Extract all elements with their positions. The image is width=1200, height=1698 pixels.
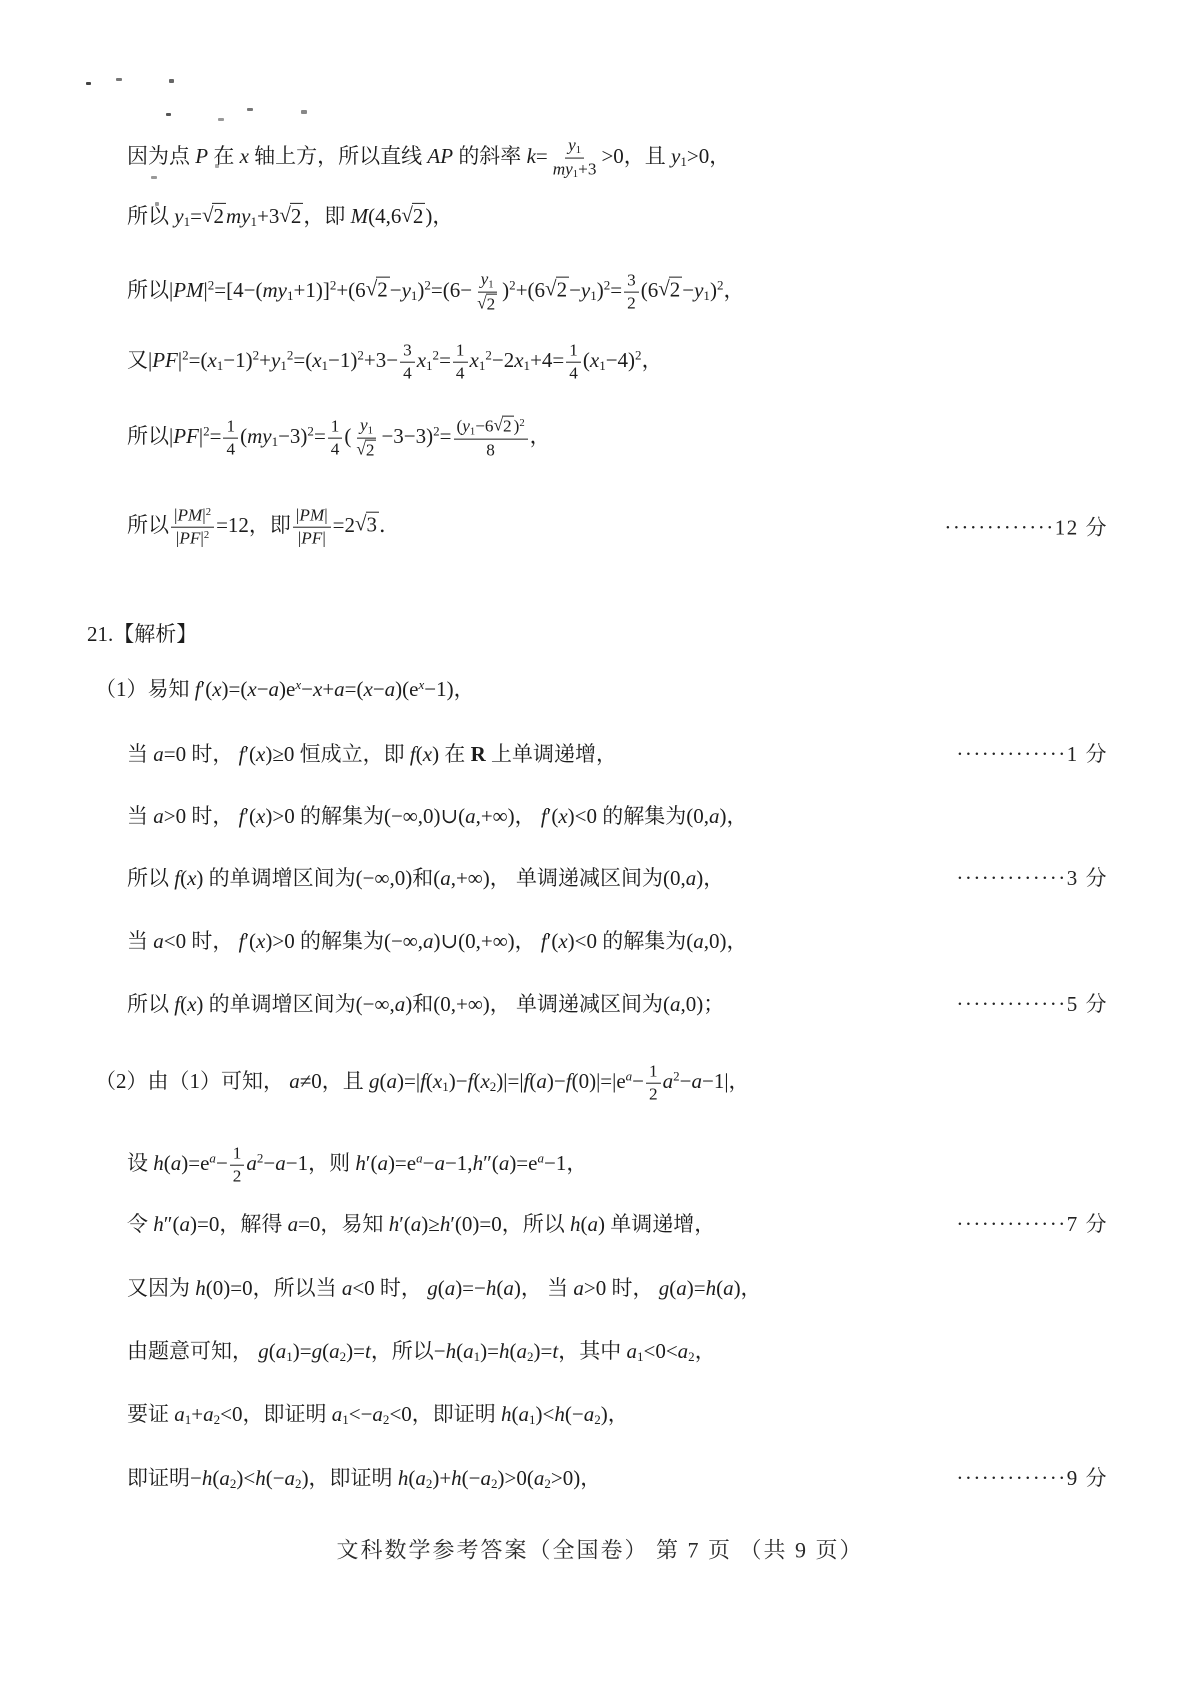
math-line: 所以|PF|2=14(my1−3)2=14(y1√2−3−3)2=(y1−6√2… xyxy=(127,416,1108,461)
math-content: 所以|PM|2|PF|2=12，即|PM||PF|=2√3． xyxy=(127,506,400,549)
math-line: 由题意可知， g(a1)=g(a2)=t，所以−h(a1)=h(a2)=t，其中… xyxy=(127,1335,1108,1365)
math-line: （2）由（1）可知， a≠0，且 g(a)=|f(x1)−f(x2)|=|f(a… xyxy=(95,1062,1108,1105)
math-line: 设 h(a)=ea−12a2−a−1，则 h′(a)=ea−a−1,h″(a)=… xyxy=(127,1144,1108,1187)
score-mark: ·············9 分 xyxy=(956,1462,1108,1492)
math-content: （1）易知 f′(x)=(x−a)ex−x+a=(x−a)(ex−1)， xyxy=(95,673,475,703)
math-content: 又因为 h(0)=0，所以当 a<0 时， g(a)=−h(a)， 当 a>0 … xyxy=(127,1272,762,1302)
math-content: 21.【解析】 xyxy=(87,618,197,648)
math-content: 由题意可知， g(a1)=g(a2)=t，所以−h(a1)=h(a2)=t，其中… xyxy=(127,1335,716,1365)
math-content: 即证明−h(a2)<h(−a2)，即证明 h(a2)+h(−a2)>0(a2>0… xyxy=(127,1462,601,1492)
scan-artifact xyxy=(218,118,224,121)
math-content: 又|PF|2=(x1−1)2+y12=(x1−1)2+3−34x12=14x12… xyxy=(127,341,663,384)
math-line: 又因为 h(0)=0，所以当 a<0 时， g(a)=−h(a)， 当 a>0 … xyxy=(127,1272,1108,1302)
score-mark: ·············1 分 xyxy=(956,738,1108,768)
scan-artifact xyxy=(86,82,91,85)
scan-artifact xyxy=(247,108,253,111)
math-line: 当 a=0 时， f′(x)≥0 恒成立，即 f(x) 在 R 上单调递增，··… xyxy=(127,738,1108,768)
score-mark: ·············12 分 xyxy=(944,512,1108,542)
problem-21-heading: 21.【解析】 xyxy=(87,618,1108,648)
math-content: 当 a<0 时， f′(x)>0 的解集为(−∞,a)∪(0,+∞)， f′(x… xyxy=(127,925,748,955)
math-line: 所以 f(x) 的单调增区间为(−∞,a)和(0,+∞)， 单调递减区间为(a,… xyxy=(127,988,1108,1018)
math-line: 所以|PM|2=[4−(my1+1)]2+(6√2−y1)2=(6−y1√2)2… xyxy=(127,270,1108,315)
math-line: 当 a>0 时， f′(x)>0 的解集为(−∞,0)∪(a,+∞)， f′(x… xyxy=(127,800,1108,830)
math-line: 要证 a1+a2<0，即证明 a1<−a2<0，即证明 h(a1)<h(−a2)… xyxy=(127,1398,1108,1428)
math-content: 令 h″(a)=0，解得 a=0，易知 h′(a)≥h′(0)=0，所以 h(a… xyxy=(127,1208,715,1238)
math-content: 所以 f(x) 的单调增区间为(−∞,a)和(0,+∞)， 单调递减区间为(a,… xyxy=(127,988,724,1018)
math-content: 设 h(a)=ea−12a2−a−1，则 h′(a)=ea−a−1,h″(a)=… xyxy=(127,1144,587,1187)
math-line: 所以 f(x) 的单调增区间为(−∞,0)和(a,+∞)， 单调递减区间为(0,… xyxy=(127,862,1108,892)
math-content: 所以|PM|2=[4−(my1+1)]2+(6√2−y1)2=(6−y1√2)2… xyxy=(127,270,744,315)
math-content: 当 a=0 时， f′(x)≥0 恒成立，即 f(x) 在 R 上单调递增， xyxy=(127,738,617,768)
math-line: 当 a<0 时， f′(x)>0 的解集为(−∞,a)∪(0,+∞)， f′(x… xyxy=(127,925,1108,955)
page-footer: 文科数学参考答案（全国卷） 第 7 页 （共 9 页） xyxy=(0,1534,1200,1565)
math-content: 要证 a1+a2<0，即证明 a1<−a2<0，即证明 h(a1)<h(−a2)… xyxy=(127,1398,629,1428)
scan-artifact xyxy=(169,79,174,83)
math-line: （1）易知 f′(x)=(x−a)ex−x+a=(x−a)(ex−1)， xyxy=(95,673,1108,703)
math-line: 所以 y1=√2my1+3√2，即 M(4,6√2)， xyxy=(127,200,1108,230)
math-content: 因为点 P 在 x 轴上方，所以直线 AP 的斜率 k=y1my1+3>0，且 … xyxy=(127,136,730,181)
math-line: 因为点 P 在 x 轴上方，所以直线 AP 的斜率 k=y1my1+3>0，且 … xyxy=(127,136,1108,181)
math-line: 所以|PM|2|PF|2=12，即|PM||PF|=2√3．··········… xyxy=(127,506,1108,549)
math-content: 所以 y1=√2my1+3√2，即 M(4,6√2)， xyxy=(127,200,453,230)
math-line: 即证明−h(a2)<h(−a2)，即证明 h(a2)+h(−a2)>0(a2>0… xyxy=(127,1462,1108,1492)
score-mark: ·············5 分 xyxy=(956,988,1108,1018)
score-mark: ·············3 分 xyxy=(956,862,1108,892)
math-content: 所以|PF|2=14(my1−3)2=14(y1√2−3−3)2=(y1−6√2… xyxy=(127,416,551,461)
math-content: 当 a>0 时， f′(x)>0 的解集为(−∞,0)∪(a,+∞)， f′(x… xyxy=(127,800,748,830)
math-content: 所以 f(x) 的单调增区间为(−∞,0)和(a,+∞)， 单调递减区间为(0,… xyxy=(127,862,724,892)
scan-artifact xyxy=(116,78,122,81)
scan-artifact xyxy=(166,113,171,116)
math-line: 又|PF|2=(x1−1)2+y12=(x1−1)2+3−34x12=14x12… xyxy=(127,341,1108,384)
math-line: 令 h″(a)=0，解得 a=0，易知 h′(a)≥h′(0)=0，所以 h(a… xyxy=(127,1208,1108,1238)
scan-artifact xyxy=(301,110,307,114)
math-content: （2）由（1）可知， a≠0，且 g(a)=|f(x1)−f(x2)|=|f(a… xyxy=(95,1062,750,1105)
score-mark: ·············7 分 xyxy=(956,1208,1108,1238)
